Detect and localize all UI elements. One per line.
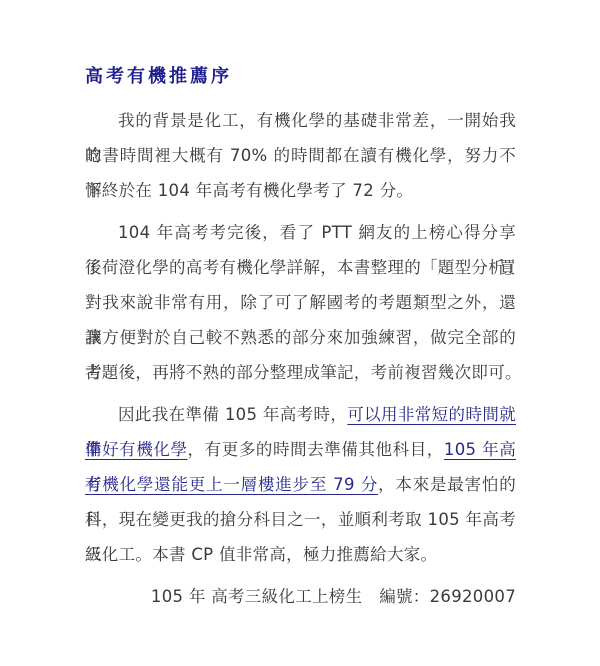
paragraph-line: 我方便對於自己較不熟悉的部分來加強練習，做完全部的考 bbox=[85, 320, 516, 355]
signature-line: 105 年 高考三級化工上榜生 編號：26920007 bbox=[85, 579, 516, 614]
paragraph-line: 對我來說非常有用，除了可了解國考的考題類型之外，還讓 bbox=[85, 285, 516, 320]
preface-content: 高考有機推薦序 我的背景是化工，有機化學的基礎非常差，一開始我的 唸書時間裡大概… bbox=[85, 64, 516, 614]
paragraph-line: 因此我在準備 105 年高考時，可以用非常短的時間就準 bbox=[85, 397, 516, 432]
paragraph-line: 級化工。本書 CP 值非常高，極力推薦給大家。 bbox=[85, 537, 516, 572]
paragraph-line: 有機化學還能更上一層樓進步至 79 分，本來是最害怕的科 bbox=[85, 467, 516, 502]
paragraph-line: 我的背景是化工，有機化學的基礎非常差，一開始我的 bbox=[85, 103, 516, 138]
paragraph-line: 下終於在 104 年高考有機化學考了 72 分。 bbox=[85, 173, 516, 208]
document-page: 高考有機推薦序 我的背景是化工，有機化學的基礎非常差，一開始我的 唸書時間裡大概… bbox=[0, 0, 600, 666]
paragraph-line: 目，現在變更我的搶分科目之一，並順利考取 105 年高考三 bbox=[85, 502, 516, 537]
body-text-segment: ，有更多的時間去準備其他科目， bbox=[188, 440, 444, 459]
paragraph-line: 唸書時間裡大概有 70% 的時間都在讀有機化學，努力不懈 bbox=[85, 138, 516, 173]
document-title: 高考有機推薦序 bbox=[85, 64, 516, 90]
paragraph-line: 了荷澄化學的高考有機化學詳解，本書整理的「題型分析」 bbox=[85, 250, 516, 285]
paragraph-1: 我的背景是化工，有機化學的基礎非常差，一開始我的 唸書時間裡大概有 70% 的時… bbox=[85, 103, 516, 208]
underlined-emphasis: 有機化學還能更上一層樓進步至 79 分 bbox=[85, 475, 378, 494]
paragraph-3: 因此我在準備 105 年高考時，可以用非常短的時間就準 備好有機化學，有更多的時… bbox=[85, 397, 516, 572]
paragraph-line: 104 年高考考完後，看了 PTT 網友的上榜心得分享後買 bbox=[85, 215, 516, 250]
body-text-segment: 因此我在準備 105 年高考時， bbox=[118, 405, 347, 424]
paragraph-line: 備好有機化學，有更多的時間去準備其他科目，105 年高考 bbox=[85, 432, 516, 467]
underlined-emphasis: 備好有機化學 bbox=[85, 440, 188, 459]
paragraph-line: 古題後，再將不熟的部分整理成筆記，考前複習幾次即可。 bbox=[85, 355, 516, 390]
paragraph-2: 104 年高考考完後，看了 PTT 網友的上榜心得分享後買 了荷澄化學的高考有機… bbox=[85, 215, 516, 390]
